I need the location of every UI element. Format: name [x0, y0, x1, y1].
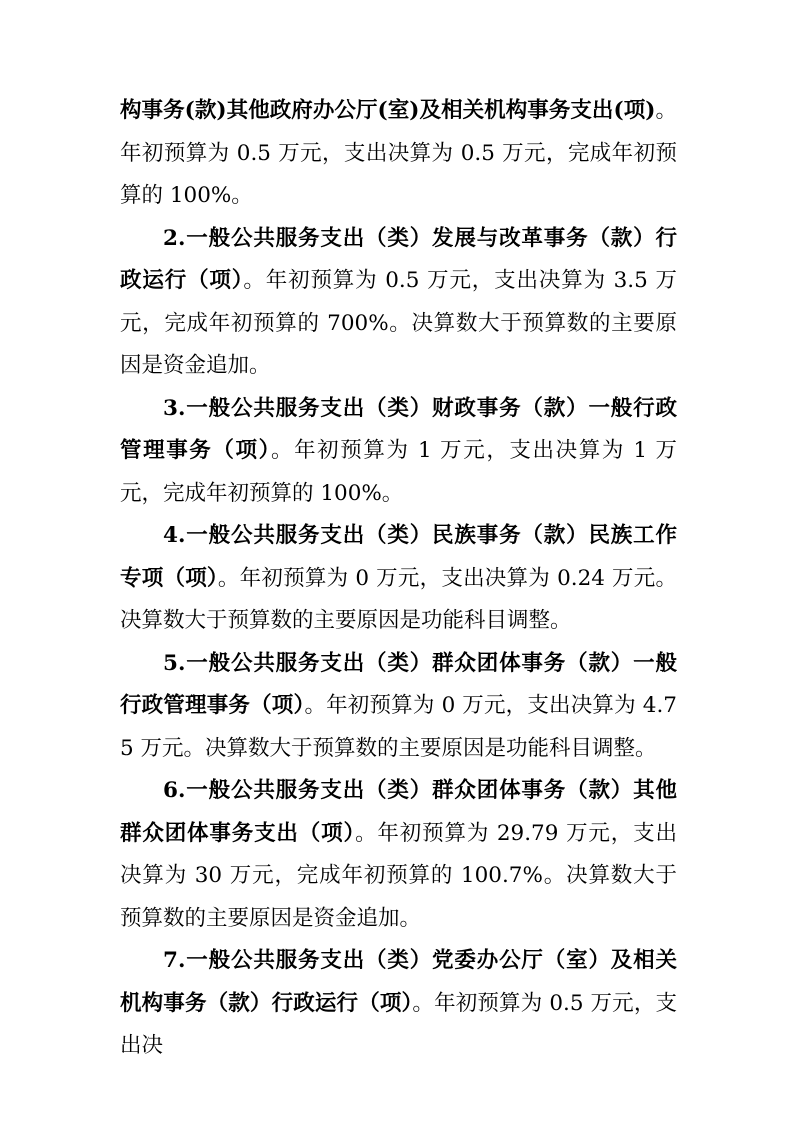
paragraph-2: 2.一般公共服务支出（类）发展与改革事务（款）行政运行（项）。年初预算为 0.5…: [120, 218, 677, 388]
paragraph-7: 7.一般公共服务支出（类）党委办公厅（室）及相关机构事务（款）行政运行（项）。年…: [120, 940, 677, 1068]
paragraph-5: 5.一般公共服务支出（类）群众团体事务（款）一般行政管理事务（项）。年初预算为 …: [120, 643, 677, 771]
paragraph-4: 4.一般公共服务支出（类）民族事务（款）民族工作专项（项）。年初预算为 0 万元…: [120, 515, 677, 643]
paragraph-1-continuation: 构事务(款)其他政府办公厅(室)及相关机构事务支出(项)。年初预算为 0.5 万…: [120, 90, 677, 218]
paragraph-6: 6.一般公共服务支出（类）群众团体事务（款）其他群众团体事务支出（项）。年初预算…: [120, 770, 677, 940]
document-page: 构事务(款)其他政府办公厅(室)及相关机构事务支出(项)。年初预算为 0.5 万…: [0, 0, 793, 1122]
paragraph-heading: 构事务(款)其他政府办公厅(室)及相关机构事务支出(项): [120, 98, 655, 123]
document-body: 构事务(款)其他政府办公厅(室)及相关机构事务支出(项)。年初预算为 0.5 万…: [120, 90, 677, 1068]
paragraph-3: 3.一般公共服务支出（类）财政事务（款）一般行政管理事务（项）。年初预算为 1 …: [120, 388, 677, 516]
